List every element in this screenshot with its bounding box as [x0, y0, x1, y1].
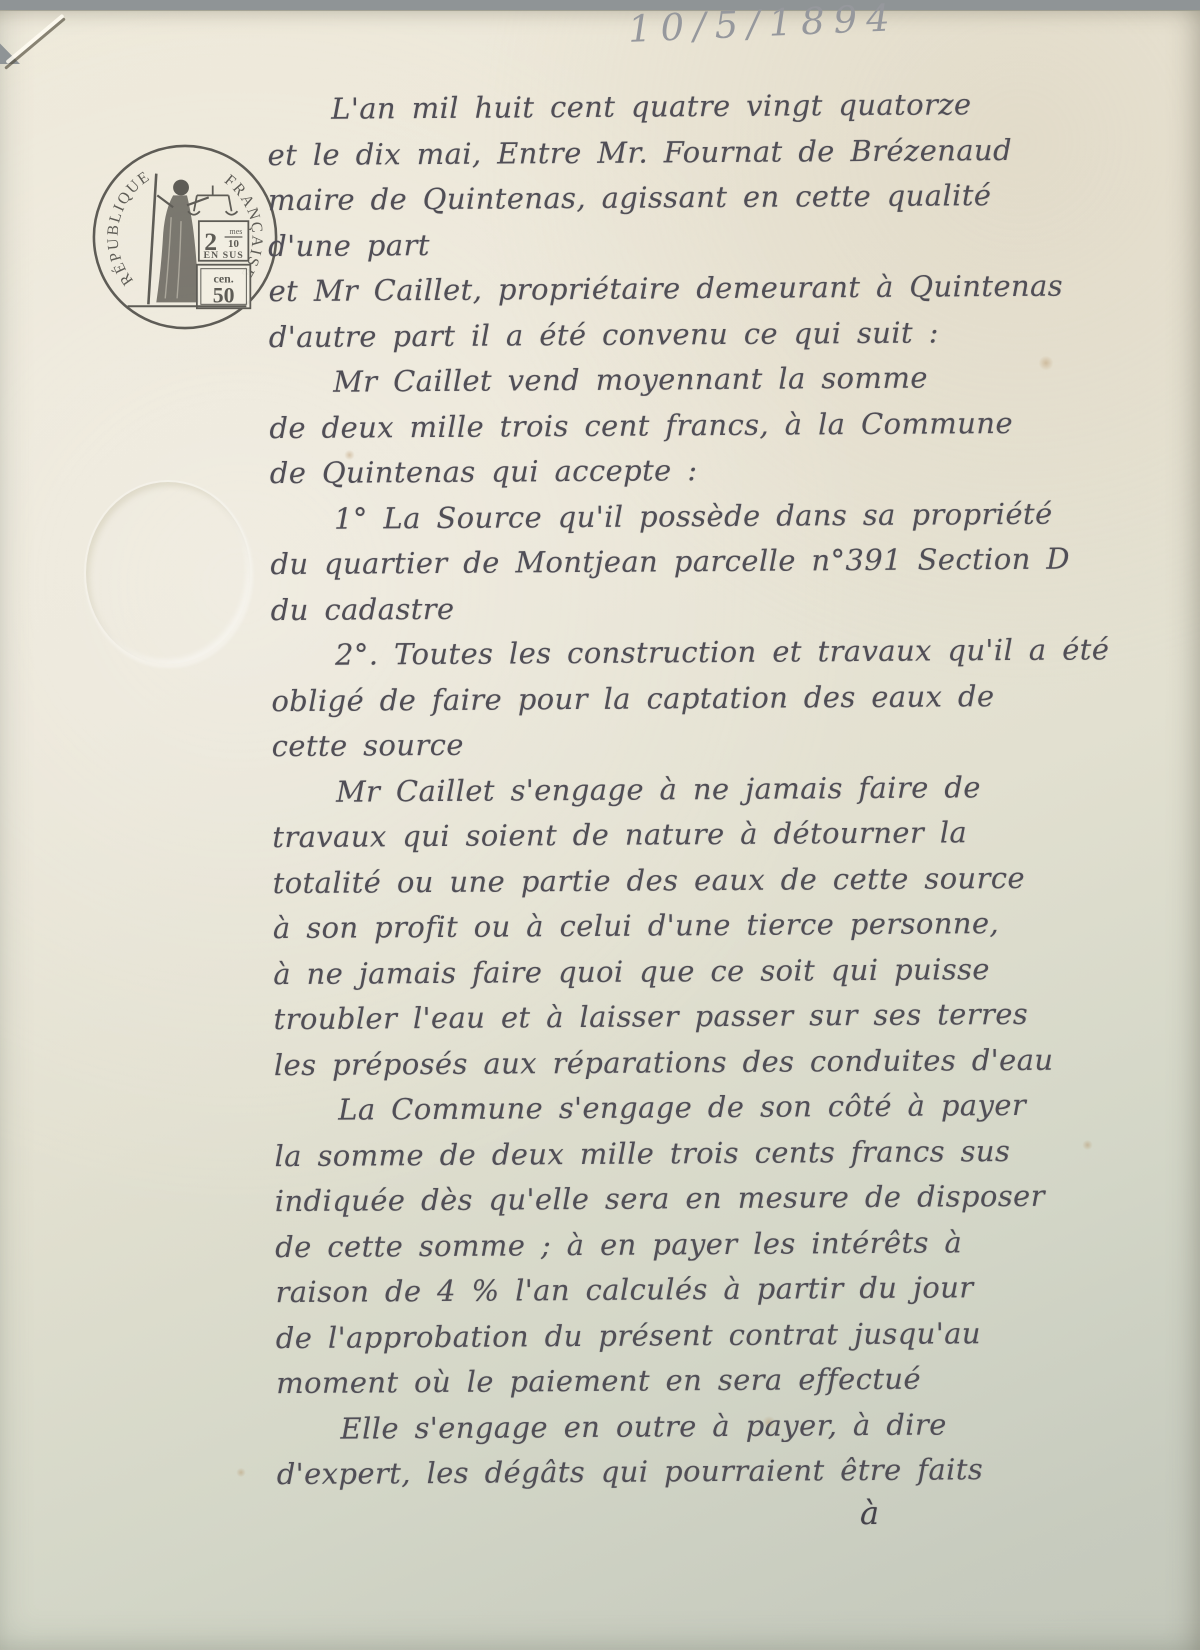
manuscript-line: du cadastre: [271, 581, 1171, 633]
manuscript-line: moment où le paiement en sera effectué: [276, 1355, 1176, 1407]
svg-text:10: 10: [228, 238, 239, 250]
manuscript-line: Mr Caillet vend moyennant la somme: [269, 354, 1169, 406]
manuscript-line: d'autre part il a été convenu ce qui sui…: [269, 308, 1169, 360]
stamp-legend-left: RÉPUBLIQUE: [104, 168, 154, 289]
manuscript-line: la somme de deux mille trois cents franc…: [274, 1127, 1174, 1179]
manuscript-line: de Quintenas qui accepte :: [270, 445, 1170, 497]
manuscript-line: maire de Quintenas, agissant en cette qu…: [268, 172, 1168, 224]
svg-text:50: 50: [213, 283, 235, 307]
manuscript-line: indiquée dès qu'elle sera en mesure de d…: [275, 1173, 1175, 1225]
manuscript-line: de deux mille trois cent francs, à la Co…: [269, 399, 1169, 451]
manuscript-line: à ne jamais faire quoi que ce soit qui p…: [273, 945, 1173, 997]
manuscript-line: du quartier de Montjean parcelle n°391 S…: [270, 536, 1170, 588]
manuscript-line: à son profit ou à celui d'une tierce per…: [273, 900, 1173, 952]
embossed-seal: [84, 480, 252, 666]
revenue-stamp-graphic: RÉPUBLIQUE FRANÇAISE: [86, 138, 284, 336]
foxing-spot: [236, 1468, 246, 1477]
manuscript-line: et Mr Caillet, propriétaire demeurant à …: [268, 263, 1168, 315]
manuscript-line: 2°. Toutes les construction et travaux q…: [271, 627, 1171, 679]
manuscript-line: et le dix mai, Entre Mr. Fournat de Bréz…: [267, 126, 1167, 178]
manuscript-line: d'expert, les dégâts qui pourraient être…: [277, 1446, 1177, 1498]
catchword: à: [860, 1494, 879, 1532]
stamp-rate-plaque: 2 mes 10 EN SUS: [199, 221, 249, 261]
manuscript-body: L'an mil huit cent quatre vingt quatorze…: [267, 81, 1177, 1498]
manuscript-line: raison de 4 % l'an calculés à partir du …: [275, 1264, 1175, 1316]
manuscript-line: L'an mil huit cent quatre vingt quatorze: [267, 81, 1167, 133]
manuscript-line: travaux qui soient de nature à détourner…: [272, 809, 1172, 861]
manuscript-line: totalité ou une partie des eaux de cette…: [272, 854, 1172, 906]
stamp-value-plaque: cen. 50: [197, 265, 250, 309]
svg-text:EN SUS: EN SUS: [203, 250, 243, 261]
manuscript-line: les préposés aux réparations des conduit…: [274, 1036, 1174, 1088]
manuscript-line: cette source: [272, 718, 1172, 770]
manuscript-line: de cette somme ; à en payer les intérêts…: [275, 1218, 1175, 1270]
manuscript-line: Mr Caillet s'engage à ne jamais faire de: [272, 763, 1172, 815]
manuscript-line: Elle s'engage en outre à payer, à dire: [276, 1400, 1176, 1452]
manuscript-line: 1° La Source qu'il possède dans sa propr…: [270, 490, 1170, 542]
manuscript-line: La Commune s'engage de son côté à payer: [274, 1082, 1174, 1134]
svg-text:mes: mes: [230, 227, 243, 236]
manuscript-line: de l'approbation du présent contrat jusq…: [276, 1309, 1176, 1361]
revenue-stamp-icon: RÉPUBLIQUE FRANÇAISE: [86, 138, 284, 336]
manuscript-line: troubler l'eau et à laisser passer sur s…: [273, 991, 1173, 1043]
manuscript-line: obligé de faire pour la captation des ea…: [271, 672, 1171, 724]
manuscript-line: d'une part: [268, 217, 1168, 269]
